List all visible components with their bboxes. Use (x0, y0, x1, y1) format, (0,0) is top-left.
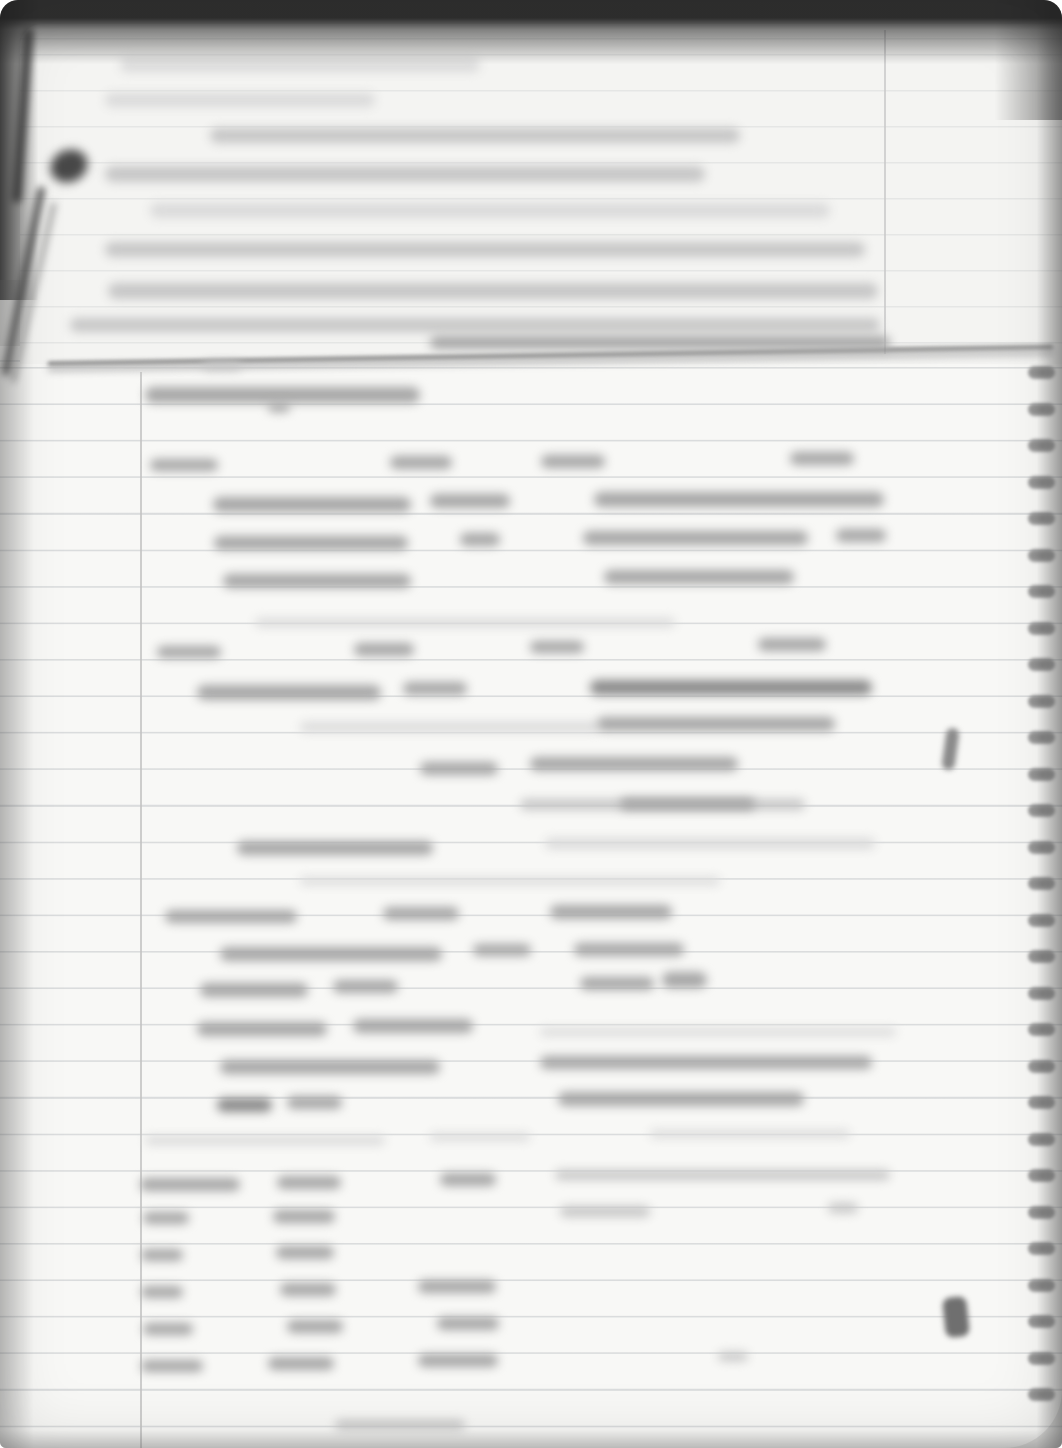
main-notebook-page (0, 346, 1062, 1448)
top-sheet-right-margin-line (884, 30, 886, 354)
ruled-lines (0, 346, 1062, 1448)
left-margin-line (140, 372, 142, 1448)
ruled-lines-top-sheet (20, 24, 1062, 364)
scanned-notebook-photo (0, 0, 1062, 1448)
overlapping-top-sheet (20, 24, 1062, 364)
